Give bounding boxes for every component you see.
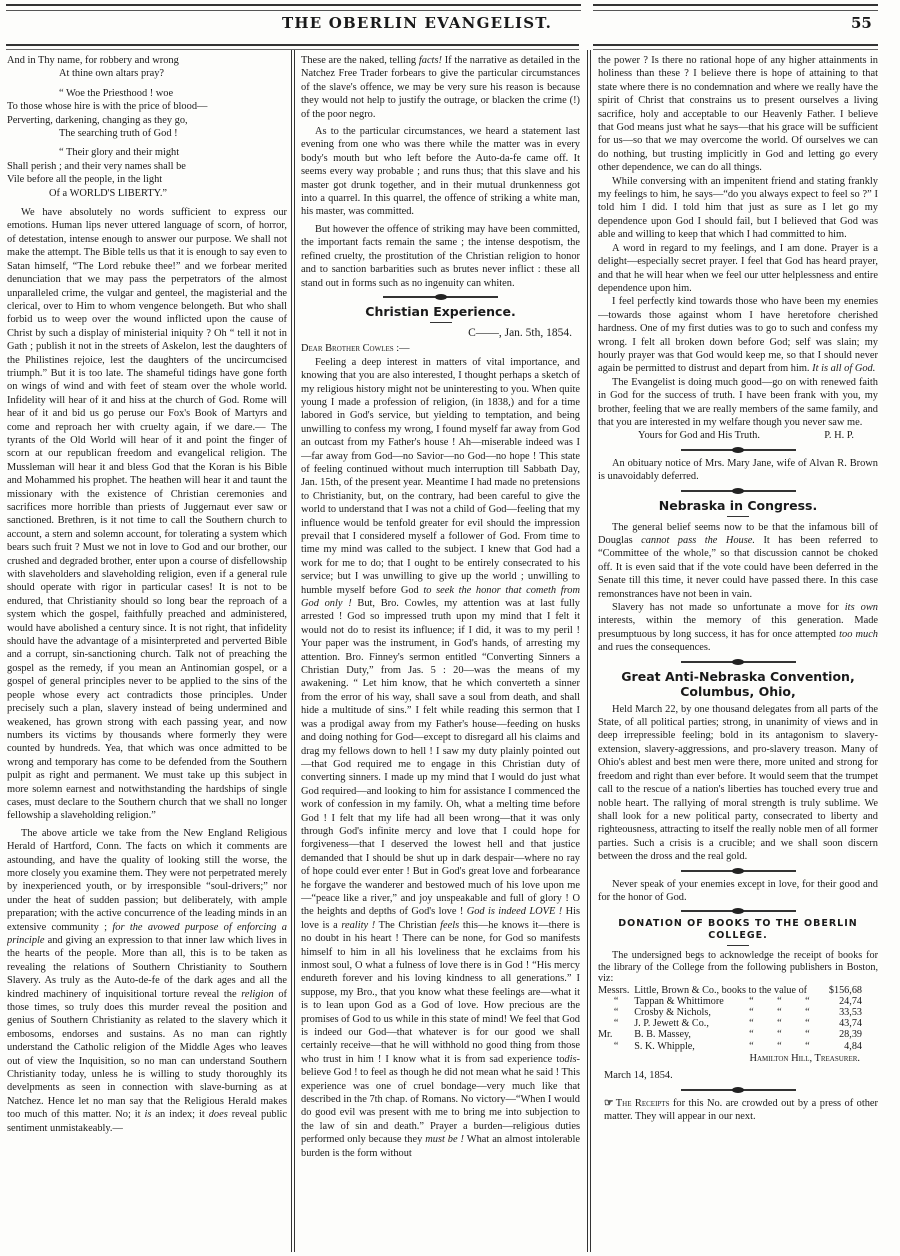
publisher-name: J. P. Jewett & Co., <box>634 1018 737 1029</box>
letter-paragraph: I feel perfectly kind towards those who … <box>598 295 878 375</box>
top-double-rule-left <box>6 4 581 11</box>
letter-body: Feeling a deep interest in matters of vi… <box>301 356 580 1160</box>
poem-line: “ Their glory and their might <box>7 146 287 159</box>
ditto-mark: “ <box>737 1018 765 1029</box>
letter-continued: the power ? Is there no rational hope of… <box>598 54 878 175</box>
ditto-mark: “ <box>737 1007 765 1018</box>
text-run: The above article we take from the New E… <box>7 828 287 933</box>
row-prefix: Messrs. <box>598 985 634 996</box>
italic-run: feels <box>440 920 459 931</box>
italic-run: dis- <box>564 1054 580 1065</box>
letter-salutation: Dear Brother Cowles :— <box>301 342 580 355</box>
donation-amount: $156,68 <box>821 985 878 996</box>
section-heading-convention: Great Anti-Nebraska Convention, Columbus… <box>598 669 878 699</box>
obituary-notice: An obituary notice of Mrs. Mary Jane, wi… <box>598 457 878 484</box>
text-run: of those times, so truly does this murde… <box>7 989 287 1121</box>
donation-table: Messrs. Little, Brown & Co., books to th… <box>598 985 878 1052</box>
text-run: These are the naked, telling <box>301 55 416 66</box>
short-rule <box>430 322 452 323</box>
italic-run: cannot pass the House. <box>641 535 755 546</box>
ornamental-rule <box>383 296 498 298</box>
letter-paragraph: While conversing with an impenitent frie… <box>598 175 878 242</box>
ditto-mark: “ <box>765 996 793 1007</box>
article-paragraph: The above article we take from the New E… <box>7 827 287 1135</box>
ditto-mark: “ <box>793 1029 821 1040</box>
italic-run: It is all of God. <box>812 363 875 374</box>
italic-run: reality ! <box>341 920 375 931</box>
header-rule-right <box>593 44 878 50</box>
signature: P. H. P. <box>824 429 854 442</box>
ornamental-rule <box>681 490 796 492</box>
italic-run: is <box>144 1109 151 1120</box>
text-run: Slavery has not made so unfortunate a mo… <box>612 602 839 613</box>
text-run: this—he knows it—there is no doubt in hi… <box>301 920 580 1065</box>
ditto-mark: “ <box>793 1041 821 1052</box>
text-run: Feeling a deep interest in matters of vi… <box>301 357 580 596</box>
poem-line: Shall perish ; and their very names shal… <box>7 160 287 173</box>
section-heading-christian-experience: Christian Experience. <box>301 304 580 319</box>
column-divider-1 <box>291 50 295 1252</box>
italic-run: facts! <box>419 55 442 66</box>
ornamental-rule <box>681 449 796 451</box>
text-run: an index; it <box>155 1109 204 1120</box>
poem-excerpt: And in Thy name, for robbery and wrong A… <box>7 54 287 200</box>
row-prefix: “ <box>598 996 634 1007</box>
donation-intro: The undersigned begs to acknowledge the … <box>598 950 878 984</box>
letter-signoff: Yours for God and His Truth. P. H. P. <box>598 429 878 442</box>
table-row: “ Tappan & Whittimore “ “ “ 24,74 <box>598 996 878 1007</box>
text-run: interests, within the memory of this gen… <box>598 615 878 639</box>
ditto-mark: “ <box>737 996 765 1007</box>
italic-run: too much <box>839 629 878 640</box>
short-rule <box>727 516 749 517</box>
ornamental-rule <box>681 661 796 663</box>
text-run: and rues the consequences. <box>598 642 711 653</box>
letter-paragraph: A word in regard to my feelings, and I a… <box>598 242 878 296</box>
donation-amount: 4,84 <box>821 1041 878 1052</box>
italic-run: God is indeed LOVE ! <box>467 906 562 917</box>
ditto-mark: “ <box>765 1041 793 1052</box>
article-paragraph: As to the particular circumstances, we h… <box>301 125 580 219</box>
row-prefix: “ <box>598 1018 634 1029</box>
donation-amount: 43,74 <box>821 1018 878 1029</box>
text-run: The Receipts <box>616 1098 670 1109</box>
poem-line: And in Thy name, for robbery and wrong <box>7 54 287 67</box>
pointing-hand-icon: ☞ <box>604 1098 612 1109</box>
poem-line: The searching truth of God ! <box>7 127 287 140</box>
poem-line: Vile before all the people, in the light <box>7 173 287 186</box>
ditto-mark: “ <box>737 1041 765 1052</box>
donation-date: March 14, 1854. <box>598 1069 878 1082</box>
italic-run: religion <box>241 989 274 1000</box>
poem-line: “ Woe the Priesthood ! woe <box>7 87 287 100</box>
page-number: 55 <box>851 14 872 32</box>
column-2: These are the naked, telling facts! If t… <box>301 54 580 1248</box>
table-row: “ S. K. Whipple, “ “ “ 4,84 <box>598 1041 878 1052</box>
italic-run: must be ! <box>425 1134 464 1145</box>
article-paragraph: We have absolutely no words sufficient t… <box>7 206 287 823</box>
donation-amount: 24,74 <box>821 996 878 1007</box>
column-1: And in Thy name, for robbery and wrong A… <box>7 54 287 1248</box>
publisher-name: Crosby & Nichols, <box>634 1007 737 1018</box>
table-row: “ J. P. Jewett & Co., “ “ “ 43,74 <box>598 1018 878 1029</box>
article-paragraph: These are the naked, telling facts! If t… <box>301 54 580 121</box>
article-paragraph: But however the offence of striking may … <box>301 223 580 290</box>
ditto-mark: “ <box>793 996 821 1007</box>
ditto-mark: “ <box>793 1018 821 1029</box>
article-paragraph: Slavery has not made so unfortunate a mo… <box>598 601 878 655</box>
publisher-name: Little, Brown & Co., books to the value … <box>634 985 821 996</box>
treasurer-signature: Hamilton Hill, Treasurer. <box>598 1052 878 1065</box>
text-run: The Christian <box>379 920 437 931</box>
article-paragraph: The general belief seems now to be that … <box>598 521 878 601</box>
letter-dateline: C——, Jan. 5th, 1854. <box>301 327 580 340</box>
donation-amount: 33,53 <box>821 1007 878 1018</box>
italic-run: its own <box>845 602 878 613</box>
poem-line: Of a WORLD'S LIBERTY.” <box>7 187 287 200</box>
top-double-rule-right <box>593 4 878 11</box>
italic-run: does <box>209 1109 228 1120</box>
publisher-name: Tappan & Whittimore <box>634 996 737 1007</box>
section-heading-donation: DONATION OF BOOKS TO THE OBERLIN COLLEGE… <box>598 918 878 942</box>
publisher-name: S. K. Whipple, <box>634 1041 737 1052</box>
ornamental-rule <box>681 910 796 912</box>
column-3: the power ? Is there no rational hope of… <box>598 54 878 1248</box>
row-prefix: Mr. <box>598 1029 634 1040</box>
ditto-mark: “ <box>765 1018 793 1029</box>
receipts-notice: ☞ The Receipts for this No. are crowded … <box>598 1097 878 1124</box>
article-paragraph: Held March 22, by one thousand delegates… <box>598 703 878 864</box>
publisher-name: B. B. Massey, <box>634 1029 737 1040</box>
poem-line: To those whose hire is with the price of… <box>7 100 287 113</box>
table-row: Mr. B. B. Massey, “ “ “ 28,39 <box>598 1029 878 1040</box>
donation-amount: 28,39 <box>821 1029 878 1040</box>
closing-line: Yours for God and His Truth. <box>638 429 760 442</box>
ditto-mark: “ <box>793 1007 821 1018</box>
ditto-mark: “ <box>737 1029 765 1040</box>
column-divider-2 <box>587 50 591 1252</box>
ornamental-rule <box>681 1089 796 1091</box>
poem-line: At thine own altars pray? <box>7 67 287 80</box>
table-row: “ Crosby & Nichols, “ “ “ 33,53 <box>598 1007 878 1018</box>
short-rule <box>727 945 749 946</box>
ditto-mark: “ <box>765 1007 793 1018</box>
table-row: Messrs. Little, Brown & Co., books to th… <box>598 985 878 996</box>
row-prefix: “ <box>598 1007 634 1018</box>
masthead: THE OBERLIN EVANGELIST. 55 <box>0 14 900 34</box>
maxim: Never speak of your enemies except in lo… <box>598 878 878 905</box>
row-prefix: “ <box>598 1041 634 1052</box>
letter-paragraph: The Evangelist is doing much good—go on … <box>598 376 878 430</box>
section-heading-nebraska: Nebraska in Congress. <box>598 498 878 513</box>
ditto-mark: “ <box>765 1029 793 1040</box>
ornamental-rule <box>681 870 796 872</box>
poem-line: Perverting, darkening, changing as they … <box>7 114 287 127</box>
newspaper-title: THE OBERLIN EVANGELIST. <box>282 14 552 32</box>
text-run: But, Bro. Cowles, my attention was at la… <box>301 598 580 917</box>
